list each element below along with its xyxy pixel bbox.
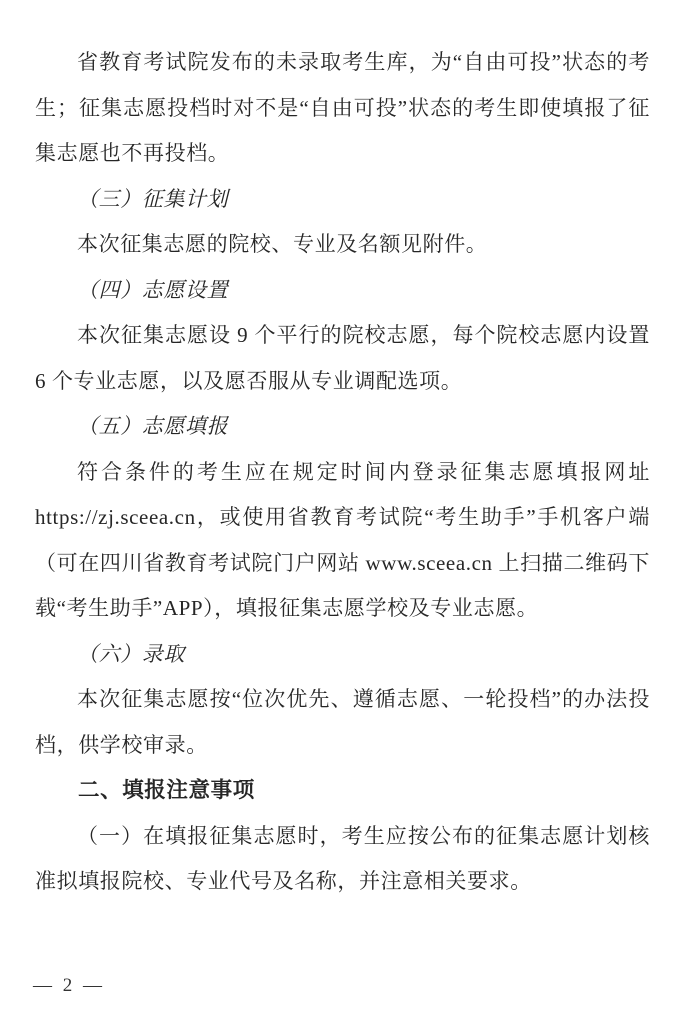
- document-body: 省教育考试院发布的未录取考生库，为“自由可投”状态的考生；征集志愿投档时对不是“…: [35, 40, 650, 905]
- paragraph: 本次征集志愿按“位次优先、遵循志愿、一轮投档”的办法投档，供学校审录。: [35, 677, 650, 768]
- bold-heading: 二、填报注意事项: [35, 768, 650, 814]
- kaiti-heading: （五）志愿填报: [35, 404, 650, 450]
- paragraph: （一）在填报征集志愿时，考生应按公布的征集志愿计划核准拟填报院校、专业代号及名称…: [35, 814, 650, 905]
- kaiti-heading: （三）征集计划: [35, 177, 650, 223]
- paragraph: 省教育考试院发布的未录取考生库，为“自由可投”状态的考生；征集志愿投档时对不是“…: [35, 40, 650, 177]
- document-page: { "page": { "background": "#ffffff", "te…: [0, 0, 680, 1019]
- kaiti-heading: （四）志愿设置: [35, 268, 650, 314]
- paragraph: 本次征集志愿的院校、专业及名额见附件。: [35, 222, 650, 268]
- kaiti-heading: （六）录取: [35, 632, 650, 678]
- paragraph: 本次征集志愿设 9 个平行的院校志愿，每个院校志愿内设置 6 个专业志愿，以及愿…: [35, 313, 650, 404]
- page-number: — 2 —: [33, 975, 105, 997]
- paragraph: 符合条件的考生应在规定时间内登录征集志愿填报网址 https://zj.scee…: [35, 450, 650, 632]
